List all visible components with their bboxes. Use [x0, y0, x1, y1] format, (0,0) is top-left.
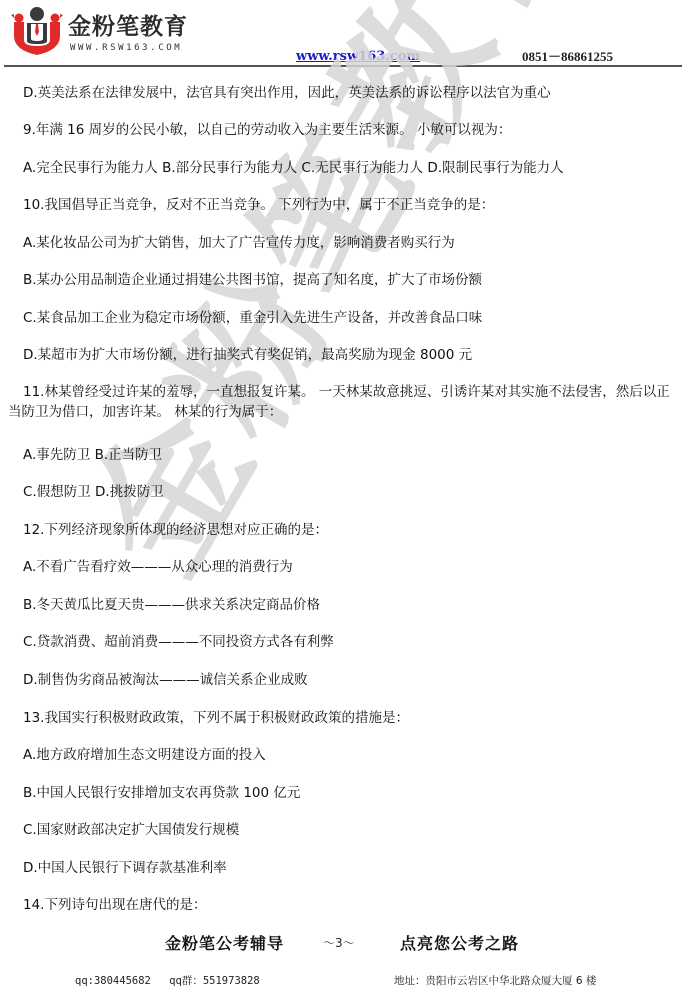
option-line: C.贷款消费、超前消费———不同投资方式各有利弊 [23, 632, 334, 652]
question-stem: 11.林某曾经受过许某的羞辱，一直想报复许某。 一天林某故意挑逗、引诱许某对其实… [8, 382, 672, 422]
option-line: B.中国人民银行安排增加支农再贷款 100 亿元 [23, 783, 300, 803]
phone-number: 0851－86861255 [522, 49, 613, 65]
footer-address: 地址：贵阳市云岩区中华北路众厦大厦 6 楼 [394, 973, 596, 988]
question-stem: 14.下列诗句出现在唐代的是： [23, 895, 206, 915]
option-line: C.某食品加工企业为稳定市场份额，重金引入先进生产设备，并改善食品口味 [23, 308, 482, 328]
qq-group-number: qq群：551973828 [169, 975, 260, 987]
option-line: D.英美法系在法律发展中，法官具有突出作用，因此，英美法系的诉讼程序以法官为重心 [23, 83, 551, 103]
option-line: D.中国人民银行下调存款基准利率 [23, 858, 227, 878]
footer-slogan-right: 点亮您公考之路 [400, 931, 519, 954]
option-line: D.某超市为扩大市场份额，进行抽奖式有奖促销，最高奖励为现金 8000 元 [23, 345, 472, 365]
brand-name: 金粉笔教育 [68, 14, 188, 40]
option-line: A.事先防卫 B.正当防卫 [23, 445, 162, 465]
option-line: A.某化妆品公司为扩大销售，加大了广告宣传力度，影响消费者购买行为 [23, 233, 455, 253]
option-line: C.假想防卫 D.挑拨防卫 [23, 482, 164, 502]
question-stem: 9.年满 16 周岁的公民小敏，以自己的劳动收入为主要生活来源。 小敏可以视为： [23, 120, 511, 140]
option-line: B.冬天黄瓜比夏天贵———供求关系决定商品价格 [23, 595, 320, 615]
footer-contact: qq:380445682 qq群：551973828 [75, 973, 272, 988]
page-number: ～3～ [323, 934, 355, 951]
question-stem: 13.我国实行积极财政政策，下列不属于积极财政政策的措施是： [23, 708, 409, 728]
footer-slogan-left: 金粉笔公考辅导 [165, 931, 284, 954]
option-line: D.制售伪劣商品被淘汰———诚信关系企业成败 [23, 670, 308, 690]
option-line: A.不看广告看疗效———从众心理的消费行为 [23, 557, 293, 577]
option-line: B.某办公用品制造企业通过捐建公共图书馆，提高了知名度，扩大了市场份额 [23, 270, 482, 290]
question-stem: 10.我国倡导正当竞争，反对不正当竞争。 下列行为中，属于不正当竞争的是： [23, 195, 494, 215]
question-stem: 12.下列经济现象所体现的经济思想对应正确的是： [23, 520, 328, 540]
option-line: A.地方政府增加生态文明建设方面的投入 [23, 745, 266, 765]
option-line: A.完全民事行为能力人 B.部分民事行为能力人 C.无民事行为能力人 D.限制民… [23, 158, 564, 178]
brand-url: WWW.RSW163.COM [70, 43, 182, 53]
brand-logo-icon [10, 6, 64, 56]
option-line: C.国家财政部决定扩大国债发行规模 [23, 820, 239, 840]
qq-number: qq:380445682 [75, 975, 151, 987]
